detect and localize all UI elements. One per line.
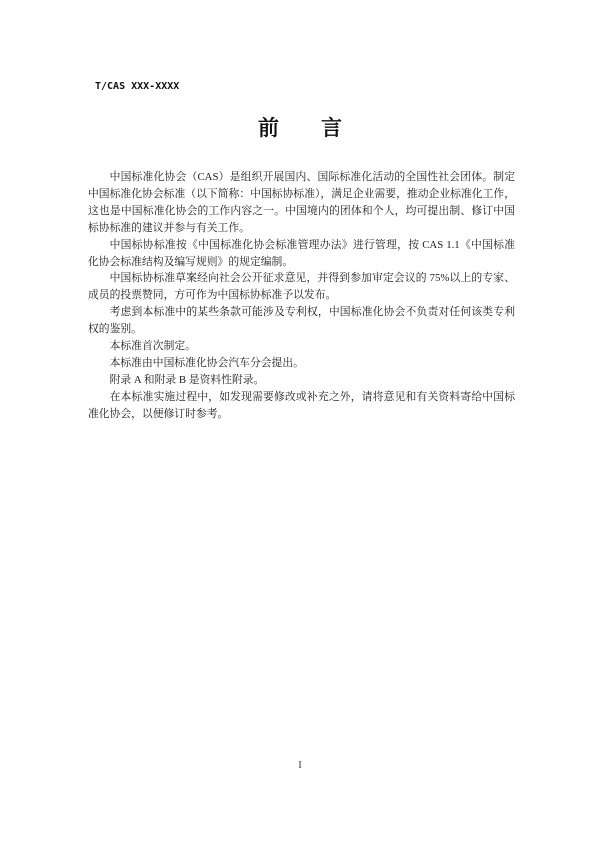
foreword-paragraph: 附录 A 和附录 B 是资料性附录。	[88, 372, 515, 389]
foreword-paragraph: 中国标准化协会（CAS）是组织开展国内、国际标准化活动的全国性社会团体。制定中国…	[88, 169, 515, 237]
page-number: I	[0, 760, 600, 771]
foreword-paragraph: 考虑到本标准中的某些条款可能涉及专利权，中国标准化协会不负责对任何该类专利权的鉴…	[88, 304, 515, 338]
document-code: T/CAS XXX-XXXX	[95, 81, 179, 92]
foreword-paragraph: 在本标准实施过程中，如发现需要修改或补充之外，请将意见和有关资料寄给中国标准化协…	[88, 389, 515, 423]
document-page: T/CAS XXX-XXXX 前 言 中国标准化协会（CAS）是组织开展国内、国…	[0, 0, 600, 848]
foreword-paragraph: 中国标协标准草案经向社会公开征求意见，并得到参加审定会议的 75%以上的专家、成…	[88, 270, 515, 304]
foreword-body: 中国标准化协会（CAS）是组织开展国内、国际标准化活动的全国性社会团体。制定中国…	[88, 169, 515, 423]
foreword-paragraph: 中国标协标准按《中国标准化协会标准管理办法》进行管理，按 CAS 1.1《中国标…	[88, 237, 515, 271]
foreword-paragraph: 本标准由中国标准化协会汽车分会提出。	[88, 355, 515, 372]
foreword-paragraph: 本标准首次制定。	[88, 338, 515, 355]
page-title: 前 言	[0, 116, 600, 142]
